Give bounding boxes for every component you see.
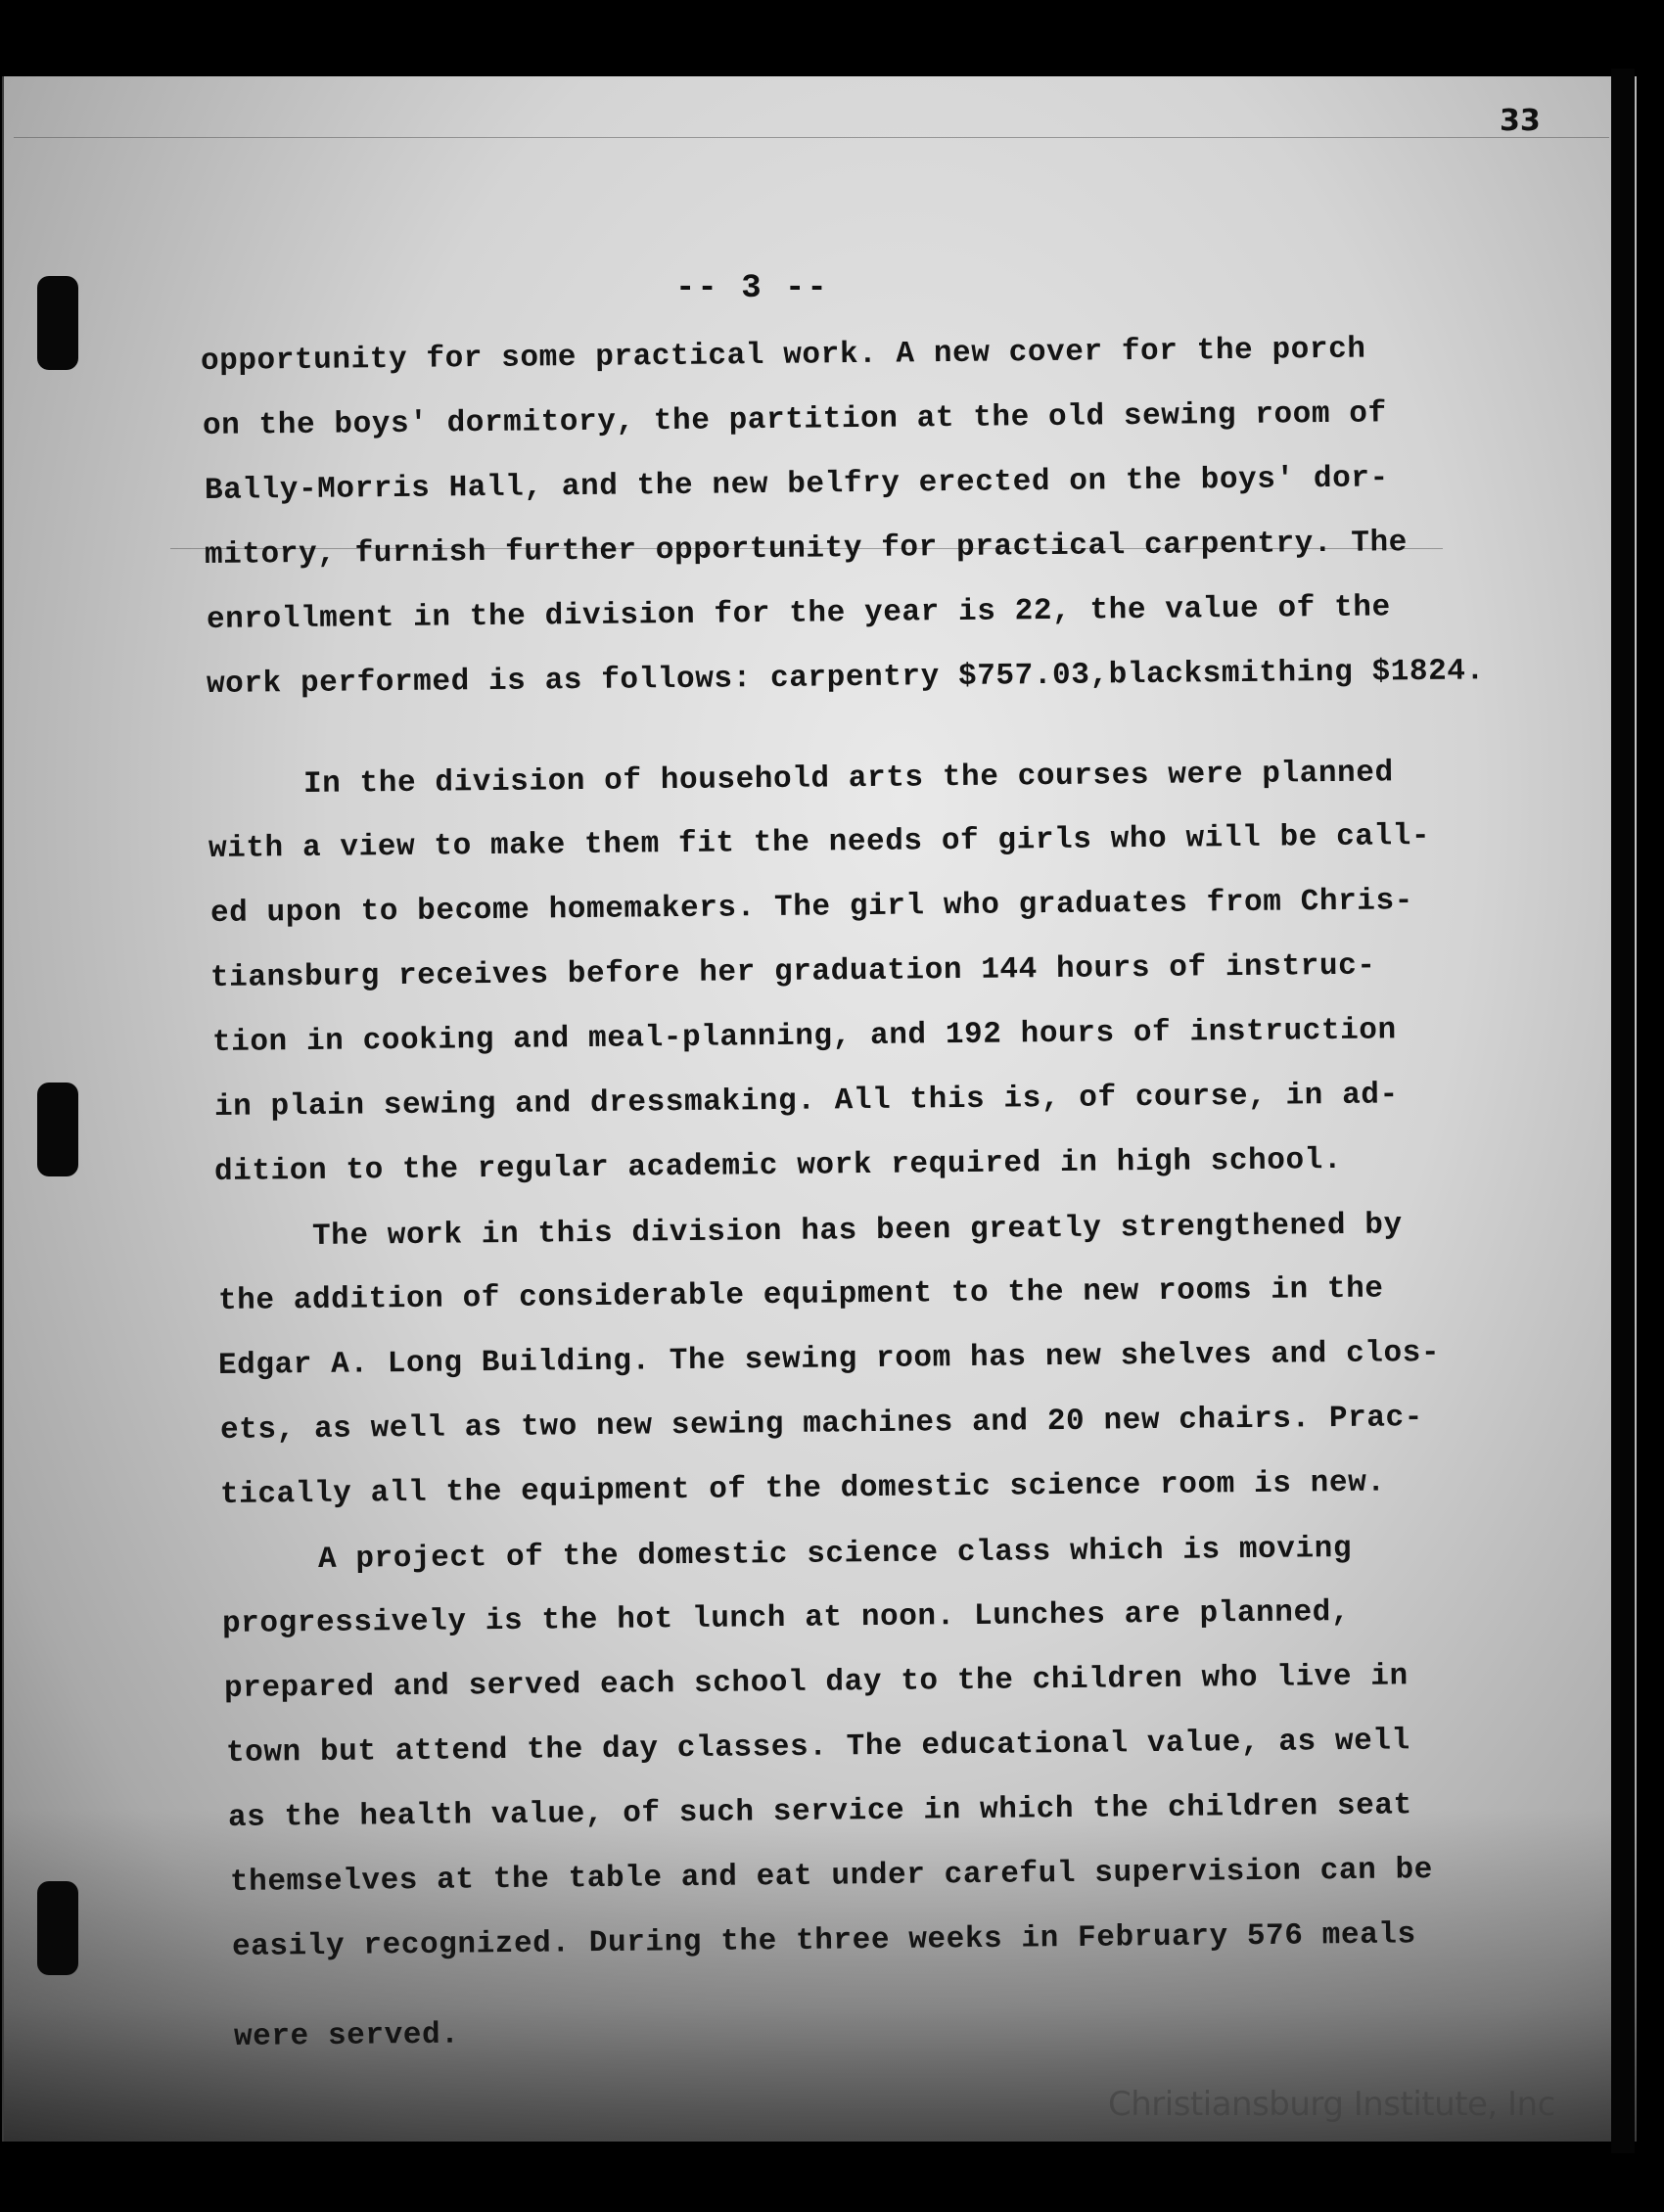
punch-hole-icon xyxy=(37,276,78,370)
punch-hole-icon xyxy=(37,1083,78,1176)
watermark: Christiansburg Institute, Inc xyxy=(1108,2085,1555,2124)
sheet-number: 33 xyxy=(1500,104,1541,138)
scan-border xyxy=(1611,69,1635,2153)
page-number: -- 3 -- xyxy=(675,270,829,307)
text-line: were served. xyxy=(234,2018,460,2054)
ruled-line xyxy=(14,137,1609,138)
punch-hole-icon xyxy=(37,1881,78,1975)
